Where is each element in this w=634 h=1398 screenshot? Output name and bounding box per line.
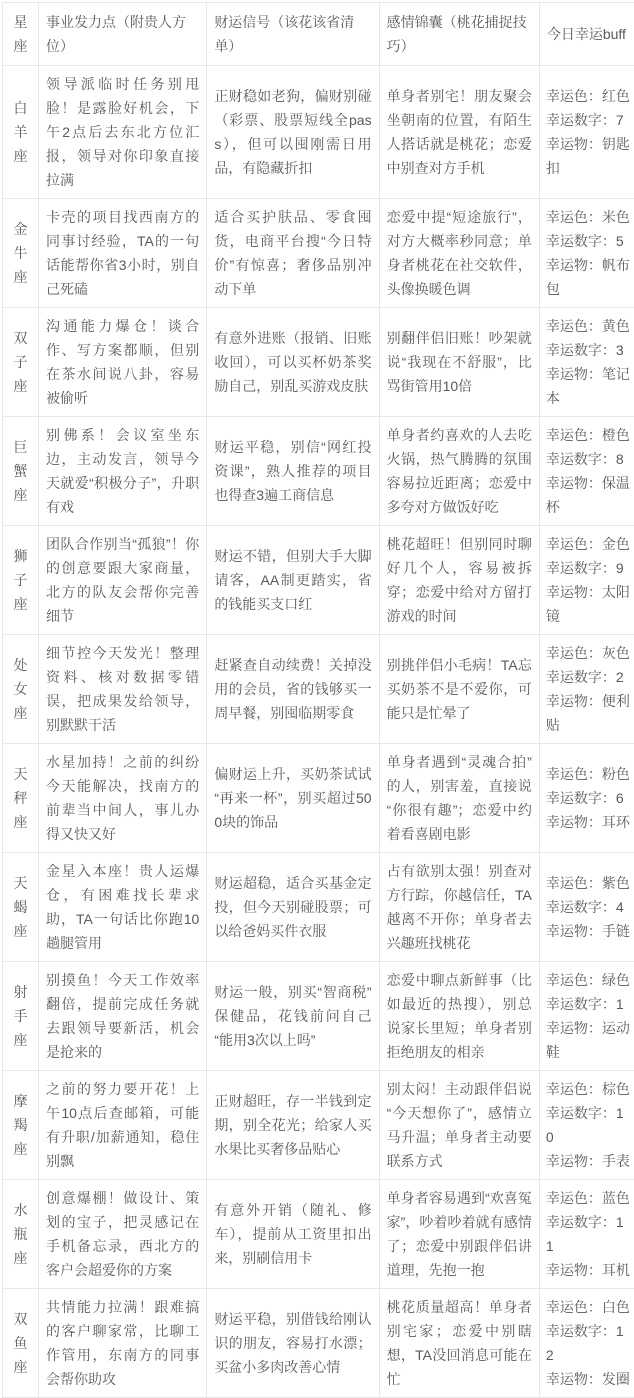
zodiac-sign-label: 双子座 xyxy=(3,308,39,417)
header-money: 财运信号（该花该省清单） xyxy=(207,3,379,66)
lucky-item: 幸运物：帆布包 xyxy=(546,253,630,301)
lucky-color: 幸运色：棕色 xyxy=(546,1077,630,1101)
buff-cell: 幸运色：金色 幸运数字：9 幸运物：太阳镜 xyxy=(539,526,634,635)
lucky-item: 幸运物：笔记本 xyxy=(546,362,630,410)
lucky-number: 幸运数字：8 xyxy=(546,447,630,471)
horoscope-table: 星座 事业发力点（附贵人方位） 财运信号（该花该省清单） 感情锦囊（桃花捕捉技巧… xyxy=(2,2,634,1398)
lucky-number: 幸运数字：3 xyxy=(546,338,630,362)
zodiac-sign-label: 处女座 xyxy=(3,635,39,744)
zodiac-sign-label: 水瓶座 xyxy=(3,1180,39,1289)
header-lucky-buff: 今日幸运buff xyxy=(539,3,634,66)
lucky-number: 幸运数字：12 xyxy=(546,1319,630,1367)
zodiac-row: 双子座 沟通能力爆仓！谈合作、写方案都顺，但别在茶水间说八卦，容易被偷听 有意外… xyxy=(3,308,634,417)
zodiac-row: 巨蟹座 别佛系！会议室坐东边，主动发言，领导今天就爱“积极分子”，升职有戏 财运… xyxy=(3,417,634,526)
lucky-color: 幸运色：米色 xyxy=(546,205,630,229)
career-cell: 卡壳的项目找西南方的同事讨经验，TA的一句话能帮你省3小时，别自己死磕 xyxy=(39,199,207,308)
love-cell: 恋爱中聊点新鲜事（比如最近的热搜），别总说家长里短；单身者别拒绝朋友的相亲 xyxy=(379,962,539,1071)
love-cell: 单身者约喜欢的人去吃火锅，热气腾腾的氛围容易拉近距离；恋爱中多夸对方做饭好吃 xyxy=(379,417,539,526)
lucky-item: 幸运物：耳环 xyxy=(546,810,630,834)
lucky-item: 幸运物：发圈 xyxy=(546,1367,630,1391)
table-body: 白羊座 领导派临时任务别甩脸！是露脸好机会，下午2点后去东北方位汇报，领导对你印… xyxy=(3,66,634,1398)
zodiac-sign-label: 天蝎座 xyxy=(3,853,39,962)
love-cell: 别太闷！主动跟伴侣说“今天想你了”，感情立马升温；单身者主动要联系方式 xyxy=(379,1071,539,1180)
zodiac-row: 天秤座 水星加持！之前的纠纷今天能解决，找南方的前辈当中间人，事儿办得又快又好 … xyxy=(3,744,634,853)
buff-cell: 幸运色：白色 幸运数字：12 幸运物：发圈 xyxy=(539,1289,634,1398)
lucky-item: 幸运物：太阳镜 xyxy=(546,580,630,628)
zodiac-sign-label: 摩羯座 xyxy=(3,1071,39,1180)
buff-cell: 幸运色：紫色 幸运数字：4 幸运物：手链 xyxy=(539,853,634,962)
buff-cell: 幸运色：棕色 幸运数字：10 幸运物：手表 xyxy=(539,1071,634,1180)
zodiac-row: 双鱼座 共情能力拉满！跟难搞的客户聊家常，比聊工作管用，东南方的同事会帮你助攻 … xyxy=(3,1289,634,1398)
money-cell: 财运不错，但别大手大脚请客，AA制更踏实，省的钱能买支口红 xyxy=(207,526,379,635)
buff-cell: 幸运色：粉色 幸运数字：6 幸运物：耳环 xyxy=(539,744,634,853)
zodiac-sign-label: 双鱼座 xyxy=(3,1289,39,1398)
lucky-item: 幸运物：钥匙扣 xyxy=(546,132,630,180)
career-cell: 细节控今天发光！整理资料、核对数据零错误，把成果发给领导，别默默干活 xyxy=(39,635,207,744)
love-cell: 别挑伴侣小毛病！TA忘买奶茶不是不爱你，可能只是忙晕了 xyxy=(379,635,539,744)
lucky-number: 幸运数字：4 xyxy=(546,895,630,919)
lucky-number: 幸运数字：1 xyxy=(546,992,630,1016)
lucky-item: 幸运物：运动鞋 xyxy=(546,1016,630,1064)
zodiac-row: 处女座 细节控今天发光！整理资料、核对数据零错误，把成果发给领导，别默默干活 赶… xyxy=(3,635,634,744)
career-cell: 之前的努力要开花！上午10点后查邮箱，可能有升职/加薪通知，稳住别飘 xyxy=(39,1071,207,1180)
buff-cell: 幸运色：米色 幸运数字：5 幸运物：帆布包 xyxy=(539,199,634,308)
lucky-number: 幸运数字：10 xyxy=(546,1101,630,1149)
buff-cell: 幸运色：红色 幸运数字：7 幸运物：钥匙扣 xyxy=(539,66,634,199)
zodiac-sign-label: 射手座 xyxy=(3,962,39,1071)
lucky-item: 幸运物：便利贴 xyxy=(546,689,630,737)
zodiac-row: 狮子座 团队合作别当“孤狼”！你的创意要跟大家商量，北方的队友会帮你完善细节 财… xyxy=(3,526,634,635)
money-cell: 适合买护肤品、零食囤货，电商平台搜“今日特价”有惊喜；奢侈品别冲动下单 xyxy=(207,199,379,308)
lucky-number: 幸运数字：7 xyxy=(546,108,630,132)
header-sign: 星座 xyxy=(3,3,39,66)
lucky-number: 幸运数字：9 xyxy=(546,556,630,580)
lucky-color: 幸运色：紫色 xyxy=(546,871,630,895)
lucky-color: 幸运色：橙色 xyxy=(546,423,630,447)
lucky-number: 幸运数字：6 xyxy=(546,786,630,810)
zodiac-sign-label: 巨蟹座 xyxy=(3,417,39,526)
lucky-color: 幸运色：绿色 xyxy=(546,968,630,992)
header-row: 星座 事业发力点（附贵人方位） 财运信号（该花该省清单） 感情锦囊（桃花捕捉技巧… xyxy=(3,3,634,66)
career-cell: 水星加持！之前的纠纷今天能解决，找南方的前辈当中间人，事儿办得又快又好 xyxy=(39,744,207,853)
zodiac-sign-label: 狮子座 xyxy=(3,526,39,635)
money-cell: 正财稳如老狗，偏财别碰（彩票、股票短线全pass），但可以囤刚需日用品，有隐藏折… xyxy=(207,66,379,199)
zodiac-sign-label: 白羊座 xyxy=(3,66,39,199)
money-cell: 财运平稳，别借钱给刚认识的朋友，容易打水漂；买盆小多肉改善心情 xyxy=(207,1289,379,1398)
lucky-item: 幸运物：手链 xyxy=(546,919,630,943)
lucky-color: 幸运色：灰色 xyxy=(546,641,630,665)
love-cell: 恋爱中提“短途旅行”，对方大概率秒同意；单身者桃花在社交软件，头像换暖色调 xyxy=(379,199,539,308)
lucky-color: 幸运色：蓝色 xyxy=(546,1186,630,1210)
buff-cell: 幸运色：橙色 幸运数字：8 幸运物：保温杯 xyxy=(539,417,634,526)
lucky-item: 幸运物：耳机 xyxy=(546,1258,630,1282)
lucky-color: 幸运色：粉色 xyxy=(546,762,630,786)
career-cell: 别佛系！会议室坐东边，主动发言，领导今天就爱“积极分子”，升职有戏 xyxy=(39,417,207,526)
love-cell: 单身者别宅！朋友聚会坐朝南的位置，有陌生人搭话就是桃花；恋爱中别查对方手机 xyxy=(379,66,539,199)
money-cell: 财运超稳，适合买基金定投，但今天别碰股票；可以给爸妈买件衣服 xyxy=(207,853,379,962)
love-cell: 单身者容易遇到“欢喜冤家”，吵着吵着就有感情了；恋爱中别跟伴侣讲道理，先抱一抱 xyxy=(379,1180,539,1289)
career-cell: 团队合作别当“孤狼”！你的创意要跟大家商量，北方的队友会帮你完善细节 xyxy=(39,526,207,635)
career-cell: 别摸鱼！今天工作效率翻倍，提前完成任务就去跟领导要新活，机会是抢来的 xyxy=(39,962,207,1071)
header-career: 事业发力点（附贵人方位） xyxy=(39,3,207,66)
header-love: 感情锦囊（桃花捕捉技巧） xyxy=(379,3,539,66)
zodiac-row: 金牛座 卡壳的项目找西南方的同事讨经验，TA的一句话能帮你省3小时，别自己死磕 … xyxy=(3,199,634,308)
lucky-item: 幸运物：保温杯 xyxy=(546,471,630,519)
zodiac-row: 射手座 别摸鱼！今天工作效率翻倍，提前完成任务就去跟领导要新活，机会是抢来的 财… xyxy=(3,962,634,1071)
love-cell: 单身者遇到“灵魂合拍”的人，别害羞，直接说“你很有趣”；恋爱中约着看喜剧电影 xyxy=(379,744,539,853)
love-cell: 桃花质量超高！单身者别宅家；恋爱中别瞎想，TA没回消息可能在忙 xyxy=(379,1289,539,1398)
zodiac-sign-label: 金牛座 xyxy=(3,199,39,308)
career-cell: 共情能力拉满！跟难搞的客户聊家常，比聊工作管用，东南方的同事会帮你助攻 xyxy=(39,1289,207,1398)
money-cell: 有意外开销（随礼、修车），提前从工资里扣出来，别刷信用卡 xyxy=(207,1180,379,1289)
lucky-item: 幸运物：手表 xyxy=(546,1149,630,1173)
love-cell: 占有欲别太强！别查对方行踪，你越信任，TA越离不开你；单身者去兴趣班找桃花 xyxy=(379,853,539,962)
lucky-number: 幸运数字：2 xyxy=(546,665,630,689)
money-cell: 有意外进账（报销、旧账收回），可以买杯奶茶奖励自己，别乱买游戏皮肤 xyxy=(207,308,379,417)
lucky-number: 幸运数字：5 xyxy=(546,229,630,253)
lucky-number: 幸运数字：11 xyxy=(546,1210,630,1258)
zodiac-row: 摩羯座 之前的努力要开花！上午10点后查邮箱，可能有升职/加薪通知，稳住别飘 正… xyxy=(3,1071,634,1180)
lucky-color: 幸运色：红色 xyxy=(546,84,630,108)
career-cell: 创意爆棚！做设计、策划的宝子，把灵感记在手机备忘录，西北方的客户会超爱你的方案 xyxy=(39,1180,207,1289)
career-cell: 金星入本座！贵人运爆仓，有困难找长辈求助，TA一句话比你跑10趟腿管用 xyxy=(39,853,207,962)
money-cell: 赶紧查自动续费！关掉没用的会员，省的钱够买一周早餐，别囤临期零食 xyxy=(207,635,379,744)
buff-cell: 幸运色：黄色 幸运数字：3 幸运物：笔记本 xyxy=(539,308,634,417)
money-cell: 财运一般，别买“智商税”保健品，花钱前问自己“能用3次以上吗” xyxy=(207,962,379,1071)
lucky-color: 幸运色：黄色 xyxy=(546,314,630,338)
buff-cell: 幸运色：蓝色 幸运数字：11 幸运物：耳机 xyxy=(539,1180,634,1289)
career-cell: 沟通能力爆仓！谈合作、写方案都顺，但别在茶水间说八卦，容易被偷听 xyxy=(39,308,207,417)
zodiac-row: 白羊座 领导派临时任务别甩脸！是露脸好机会，下午2点后去东北方位汇报，领导对你印… xyxy=(3,66,634,199)
zodiac-row: 水瓶座 创意爆棚！做设计、策划的宝子，把灵感记在手机备忘录，西北方的客户会超爱你… xyxy=(3,1180,634,1289)
career-cell: 领导派临时任务别甩脸！是露脸好机会，下午2点后去东北方位汇报，领导对你印象直接拉… xyxy=(39,66,207,199)
lucky-color: 幸运色：白色 xyxy=(546,1295,630,1319)
buff-cell: 幸运色：绿色 幸运数字：1 幸运物：运动鞋 xyxy=(539,962,634,1071)
love-cell: 桃花超旺！但别同时聊好几个人，容易被拆穿；恋爱中给对方留打游戏的时间 xyxy=(379,526,539,635)
buff-cell: 幸运色：灰色 幸运数字：2 幸运物：便利贴 xyxy=(539,635,634,744)
love-cell: 别翻伴侣旧账！吵架就说“我现在不舒服”，比骂街管用10倍 xyxy=(379,308,539,417)
zodiac-sign-label: 天秤座 xyxy=(3,744,39,853)
money-cell: 财运平稳，别信“网红投资课”，熟人推荐的项目也得查3遍工商信息 xyxy=(207,417,379,526)
money-cell: 偏财运上升，买奶茶试试“再来一杯”，别买超过500块的饰品 xyxy=(207,744,379,853)
lucky-color: 幸运色：金色 xyxy=(546,532,630,556)
zodiac-row: 天蝎座 金星入本座！贵人运爆仓，有困难找长辈求助，TA一句话比你跑10趟腿管用 … xyxy=(3,853,634,962)
money-cell: 正财超旺，存一半钱到定期，别全花光；给家人买水果比买奢侈品贴心 xyxy=(207,1071,379,1180)
